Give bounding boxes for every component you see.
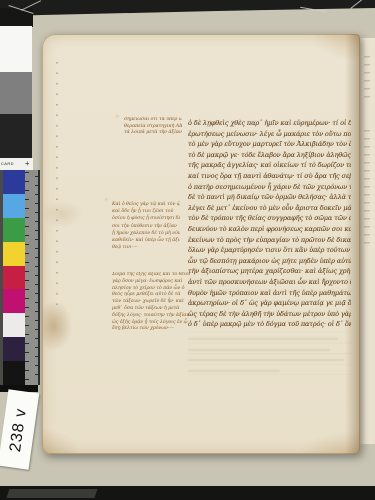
text-line: ἐρωτήσεως μείνωσιν· λέγε ὦ μακάριε τὸν ο… bbox=[188, 129, 351, 140]
manuscript-page: ⁘ σημείωσαι ὅτι τὰ ὑπὲρ ὧν θεραπεία στρα… bbox=[42, 34, 360, 454]
color-patch-red bbox=[3, 266, 25, 290]
text-line: ὧν τῷ δεσπότῃ μακάριον ὡς μήτε μηδὲν ὑπὲ… bbox=[188, 256, 351, 267]
color-patch-violet bbox=[3, 337, 25, 361]
note-line: τῶν τάξεων· χωρεῖν δὲ ἦν· καὶ bbox=[112, 299, 190, 306]
text-line: ὅλων γὰρ ἐμαρτύρησέν τισιν ὅτι κἂν ὑπὲρ … bbox=[188, 245, 351, 256]
text-line: ἀκρωτηρίων· οἱ δ᾽ ὡς γὰρ φαμένῳ ματαίᾳ γ… bbox=[188, 298, 351, 309]
grayscale-patch-white bbox=[0, 26, 32, 72]
card-label-text: CARD bbox=[1, 161, 14, 166]
text-line: τὸν δὲ τρόπον τῆς θείας συγγραφῆς τὸ σῶμ… bbox=[188, 213, 351, 224]
text-line: ὁ πατὴρ σεσημειωμένον ἦ χάριν δὲ τῶν χει… bbox=[188, 182, 351, 193]
text-line: τὴν ἀξιοπίστως μητέρα χαρίζεσθαι· καὶ ἀξ… bbox=[188, 266, 351, 277]
color-patch-zone bbox=[0, 170, 38, 385]
color-patch-white bbox=[3, 313, 25, 337]
text-line: καί τινος ὅρα τῇ παντὶ ἀθανάτῳ· τί σὺ ἄρ… bbox=[188, 171, 351, 182]
note-line: σημείωσαι ὅτι τὰ ὑπὲρ ὧν bbox=[124, 117, 182, 124]
note-line: μεθ᾽ ὅσα τῶν τάξεων ἡ μετὰ bbox=[112, 306, 190, 313]
facing-folio-text-showthrough bbox=[364, 130, 370, 250]
text-line: ὡς τέρας δὲ τὴν ἀληθῆ τὴν ὑδάτων μέτρον … bbox=[188, 309, 351, 320]
folio-number-label: 238 v bbox=[0, 389, 39, 470]
note-line: τὰ λοιπὰ μετὰ τὴν ἀξίαν·— bbox=[124, 130, 182, 137]
background-cloth-fold bbox=[7, 489, 98, 498]
background-cloth-top bbox=[0, 0, 375, 16]
note-line: ὁσίου ἡ φύσις ᾗ συνίστησι δέ bbox=[112, 215, 180, 222]
margin-note-3: Σῶμα τῆς ἑξῆς ἀξίας καὶ τὸ θεῖον γὰρ ὅσο… bbox=[112, 272, 190, 333]
note-line: Καὶ ὁ θεῖος γὰρ τῷ καὶ τὸν ᾧ· bbox=[112, 201, 180, 208]
crosshair-icon: + bbox=[25, 158, 30, 170]
main-text-block: ὁ δὲ λῃφθεὶς χθὲς παρ᾽ ἡμῖν καὶ εὑρημέρω… bbox=[188, 118, 351, 330]
pricking-holes bbox=[56, 62, 58, 312]
text-line: δεικνύον τὸ καλὸν περὶ φρονήσεως καρπῶν … bbox=[188, 224, 351, 235]
note-line: καθιδεῖν· καὶ ὑπὲρ ὧν τῇ ἀξιώσει bbox=[112, 237, 180, 244]
text-line: τὸ δὲ μακρῷ γε· τόδε ἔλαβον ἄρα ληξίβιον… bbox=[188, 150, 351, 161]
card-label: CARD + bbox=[0, 158, 33, 170]
text-line: λέγει δὲ μετ᾽ ἐκείνου τὸ μὲν οὖν ἄριστα … bbox=[188, 203, 351, 214]
note-line: σοι τὴν ὑπόθεσιν τὴν ἀξίαν bbox=[112, 223, 180, 230]
scholion-marker: ⁘ bbox=[115, 114, 119, 120]
note-line: ἔσῃ βελτίω τῶν χρόνων·— bbox=[112, 326, 190, 333]
color-patch-column bbox=[3, 170, 25, 385]
note-line: θεῷ τινι·— bbox=[112, 244, 180, 251]
text-line: θυμὸν ἡμῶν τρόπαιον καὶ ἀντὶ τῆς ὑπὲρ μα… bbox=[188, 288, 351, 299]
text-line: τὸ μὲν γὰρ εὔτυχον μαρτυρεῖ τὸν Ἀλκιβιάδ… bbox=[188, 139, 351, 150]
ruler bbox=[25, 170, 40, 385]
color-patch-black bbox=[3, 361, 25, 385]
folio-number-text: 238 v bbox=[7, 406, 31, 452]
color-patch-cyan bbox=[3, 194, 25, 218]
note-line: γὰρ ὅσον μέγα· ἑωσφόρος καὶ bbox=[112, 279, 190, 286]
calibration-card: CARD + bbox=[0, 26, 38, 392]
color-patch-yellow bbox=[3, 242, 25, 266]
text-line: ὁ δ᾽ ὑπὲρ μακρῷ μὲν τὸ δόγμα τοῦ πατρός·… bbox=[188, 319, 351, 330]
note-line: δόξης λόγος· τοιαύτην τὴν ἀξίαν bbox=[112, 313, 190, 320]
manuscript-photo: ⁘ σημείωσαι ὅτι τὰ ὑπὲρ ὧν θεραπεία στρα… bbox=[0, 0, 375, 500]
scholion-marker: ⁘ bbox=[104, 197, 108, 203]
text-line: ὁ δὲ λῃφθεὶς χθὲς παρ᾽ ἡμῖν καὶ εὑρημέρω… bbox=[188, 118, 351, 129]
color-patch-blue bbox=[3, 170, 25, 194]
grayscale-patch-black bbox=[0, 114, 32, 158]
color-patch-green bbox=[3, 218, 25, 242]
note-line: ᾗ ἡμῶν χαλεπὸν δὲ τὸ μὴ νῦν bbox=[112, 230, 180, 237]
text-line: ἐκείνων τὸ πρὸς τὴν εὐπραγίαν τὸ πρῶτον … bbox=[188, 235, 351, 246]
ink-showthrough bbox=[188, 338, 344, 380]
note-line: Σῶμα τῆς ἑξῆς ἀξίας καὶ τὸ θεῖον bbox=[112, 272, 190, 279]
text-line: τῆς μακρᾶς ἀγγελίας· καὶ οἰκείων τί τὸ δ… bbox=[188, 160, 351, 171]
margin-note-2: Καὶ ὁ θεῖος γὰρ τῷ καὶ τὸν ᾧ· καὶ ὅδε ἦν… bbox=[112, 201, 180, 251]
grayscale-patch-gray bbox=[0, 72, 32, 114]
text-line: ἀντὶ τῶν προσκυνήσεων ἀξιῶσαι ὧν καὶ ἤρχ… bbox=[188, 277, 351, 288]
text-line: δὲ τὸ παντὶ μὴ δικαίῳ τῶν ὁρμῶν θελήσας·… bbox=[188, 192, 351, 203]
margin-note-1: σημείωσαι ὅτι τὰ ὑπὲρ ὧν θεραπεία στρατη… bbox=[124, 117, 182, 137]
color-patch-magenta bbox=[3, 289, 25, 313]
note-line: καὶ ὅδε ἦν ᾗ τινι ζῶσι τοῦ bbox=[112, 208, 180, 215]
facing-folio-text-showthrough bbox=[364, 56, 370, 98]
